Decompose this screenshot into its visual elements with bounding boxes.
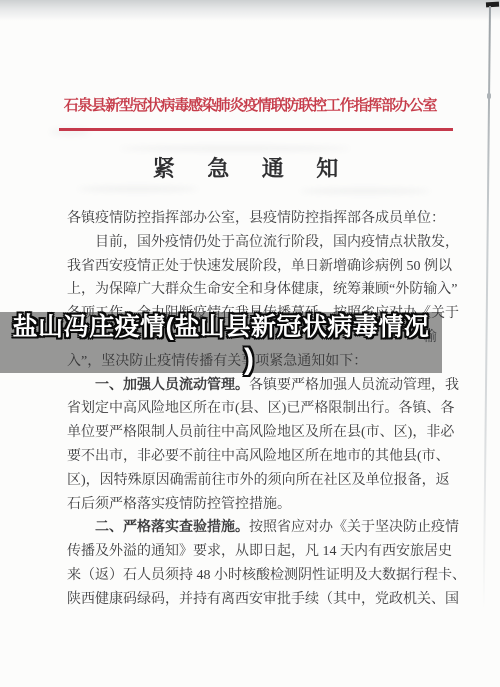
body-line: 石后须严格落实疫情防控管控措施。 [67,493,449,517]
body-line: 陕西健康码绿码，并持有离西安审批手续（其中，党政机关、国 [67,588,449,612]
issuer-header: 石泉县新型冠状病毒感染肺炎疫情联防联控工作指挥部办公室 [0,94,500,115]
body-line: 一、加强人员流动管理。各镇要严格加强人员流动管理，我 [67,374,449,398]
body-line: 单位要严格限制人员前往中高风险地区及所在县(市、区)，非必 [67,421,449,445]
overlay-caption-line2: ) [28,343,470,377]
bleed-through-smudge [300,188,430,194]
body-line: 二、严格落实查验措施。按照省应对办《关于坚决防止疫情 [67,516,449,540]
body-line: 各镇疫情防控指挥部办公室，县疫情防控指挥部各成员单位： [67,207,449,231]
body-line: 省划定中高风险地区所在市(县、区)已严格限制出行。各镇、各 [67,397,449,421]
notice-title: 紧 急 通 知 [0,152,500,183]
scan-corner-mark [486,2,499,8]
header-red-rule [59,128,453,131]
body-line: 上，为保障广大群众生命安全和身体健康，统筹兼顾“外防输入” [67,278,449,302]
bleed-through-smudge [78,186,198,192]
body-line: 传播及外溢的通知》要求，从即日起，凡 14 天内有西安旅居史 [67,540,449,564]
bleed-through-smudge [120,146,350,151]
scan-top-edge-shadow [0,0,500,22]
notice-body: 各镇疫情防控指挥部办公室，县疫情防控指挥部各成员单位： 目前，国外疫情仍处于高位… [67,207,449,612]
body-line: 目前，国外疫情仍处于高位流行阶段，国内疫情点状散发， [67,231,449,255]
scanned-document-photo: 石泉县新型冠状病毒感染肺炎疫情联防联控工作指挥部办公室 紧 急 通 知 各镇疫情… [0,0,500,687]
body-line: 要不出市，非必要不前往中高风险地区所在地市的其他县(市、 [67,445,449,469]
body-line: 区)，因特殊原因确需前往市外的须向所在社区及单位报备，返 [67,469,449,493]
body-line: 我省西安疫情正处于快速发展阶段，单日新增确诊病例 50 例以 [67,255,449,279]
body-line: 来（返）石人员须持 48 小时核酸检测阴性证明及大数据行程卡、 [67,564,449,588]
overlay-caption-line1: 盐山冯庄疫情(盐山县新冠状病毒情况 [0,311,442,343]
overlay-caption: 盐山冯庄疫情(盐山县新冠状病毒情况 ) [0,311,442,377]
